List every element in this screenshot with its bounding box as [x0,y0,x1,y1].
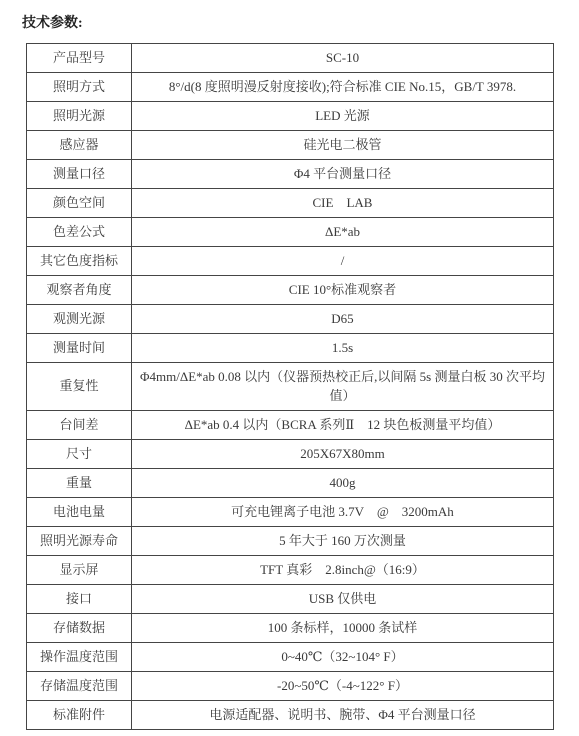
spec-row-operating-temp: 操作温度范围0~40℃（32~104° F） [27,643,554,672]
spec-label: 台间差 [27,411,132,440]
spec-row-battery: 电池电量可充电锂离子电池 3.7V @ 3200mAh [27,498,554,527]
spec-label: 观测光源 [27,305,132,334]
spec-value: 可充电锂离子电池 3.7V @ 3200mAh [132,498,554,527]
spec-row-storage-temp: 存储温度范围-20~50℃（-4~122° F） [27,672,554,701]
spec-label: 电池电量 [27,498,132,527]
spec-row-aperture: 测量口径Φ4 平台测量口径 [27,160,554,189]
spec-label: 观察者角度 [27,276,132,305]
spec-value: SC-10 [132,44,554,73]
spec-row-interface: 接口USB 仅供电 [27,585,554,614]
spec-value: 100 条标样，10000 条试样 [132,614,554,643]
spec-label: 重复性 [27,363,132,411]
page-title: 技术参数: [22,12,579,32]
spec-row-storage-data: 存储数据100 条标样，10000 条试样 [27,614,554,643]
spec-label: 测量时间 [27,334,132,363]
spec-row-weight: 重量400g [27,469,554,498]
spec-row-observer-angle: 观察者角度CIE 10°标准观察者 [27,276,554,305]
spec-label: 尺寸 [27,440,132,469]
spec-value: 8°/d(8 度照明漫反射度接收);符合标准 CIE No.15，GB/T 39… [132,73,554,102]
spec-row-color-diff-formula: 色差公式ΔE*ab [27,218,554,247]
spec-row-display: 显示屏TFT 真彩 2.8inch@（16:9） [27,556,554,585]
spec-value: 205X67X80mm [132,440,554,469]
spec-row-other-color-index: 其它色度指标/ [27,247,554,276]
spec-label: 接口 [27,585,132,614]
spec-value: / [132,247,554,276]
spec-row-sensor: 感应器硅光电二极管 [27,131,554,160]
spec-label: 重量 [27,469,132,498]
spec-label: 存储数据 [27,614,132,643]
spec-label: 其它色度指标 [27,247,132,276]
spec-row-lamp-life: 照明光源寿命5 年大于 160 万次测量 [27,527,554,556]
spec-row-repeatability: 重复性Φ4mm/ΔE*ab 0.08 以内（仪器预热校正后,以间隔 5s 测量白… [27,363,554,411]
spec-value: -20~50℃（-4~122° F） [132,672,554,701]
spec-value: 1.5s [132,334,554,363]
spec-label: 测量口径 [27,160,132,189]
spec-value: ΔE*ab [132,218,554,247]
spec-sheet: 技术参数: 产品型号SC-10照明方式8°/d(8 度照明漫反射度接收);符合标… [0,0,579,730]
spec-label: 照明方式 [27,73,132,102]
spec-value: 硅光电二极管 [132,131,554,160]
spec-table: 产品型号SC-10照明方式8°/d(8 度照明漫反射度接收);符合标准 CIE … [26,43,554,730]
spec-label: 操作温度范围 [27,643,132,672]
spec-row-illumination-mode: 照明方式8°/d(8 度照明漫反射度接收);符合标准 CIE No.15，GB/… [27,73,554,102]
spec-row-inter-instrument: 台间差ΔE*ab 0.4 以内（BCRA 系列Ⅱ 12 块色板测量平均值） [27,411,554,440]
spec-label: 感应器 [27,131,132,160]
spec-value: USB 仅供电 [132,585,554,614]
spec-value: 电源适配器、说明书、腕带、Φ4 平台测量口径 [132,701,554,730]
spec-row-color-space: 颜色空间CIE LAB [27,189,554,218]
spec-label: 标准附件 [27,701,132,730]
spec-label: 显示屏 [27,556,132,585]
spec-row-product-model: 产品型号SC-10 [27,44,554,73]
spec-row-dimensions: 尺寸205X67X80mm [27,440,554,469]
spec-label: 产品型号 [27,44,132,73]
spec-value: Φ4 平台测量口径 [132,160,554,189]
spec-value: LED 光源 [132,102,554,131]
spec-row-measure-time: 测量时间1.5s [27,334,554,363]
spec-value: D65 [132,305,554,334]
spec-value: 400g [132,469,554,498]
spec-value: Φ4mm/ΔE*ab 0.08 以内（仪器预热校正后,以间隔 5s 测量白板 3… [132,363,554,411]
spec-label: 存储温度范围 [27,672,132,701]
spec-value: CIE 10°标准观察者 [132,276,554,305]
spec-row-accessories: 标准附件电源适配器、说明书、腕带、Φ4 平台测量口径 [27,701,554,730]
spec-row-observe-illuminant: 观测光源D65 [27,305,554,334]
spec-value: CIE LAB [132,189,554,218]
spec-value: 0~40℃（32~104° F） [132,643,554,672]
spec-value: ΔE*ab 0.4 以内（BCRA 系列Ⅱ 12 块色板测量平均值） [132,411,554,440]
spec-label: 照明光源 [27,102,132,131]
spec-label: 颜色空间 [27,189,132,218]
spec-row-light-source: 照明光源LED 光源 [27,102,554,131]
spec-label: 色差公式 [27,218,132,247]
spec-label: 照明光源寿命 [27,527,132,556]
spec-value: 5 年大于 160 万次测量 [132,527,554,556]
spec-table-body: 产品型号SC-10照明方式8°/d(8 度照明漫反射度接收);符合标准 CIE … [27,44,554,730]
spec-value: TFT 真彩 2.8inch@（16:9） [132,556,554,585]
